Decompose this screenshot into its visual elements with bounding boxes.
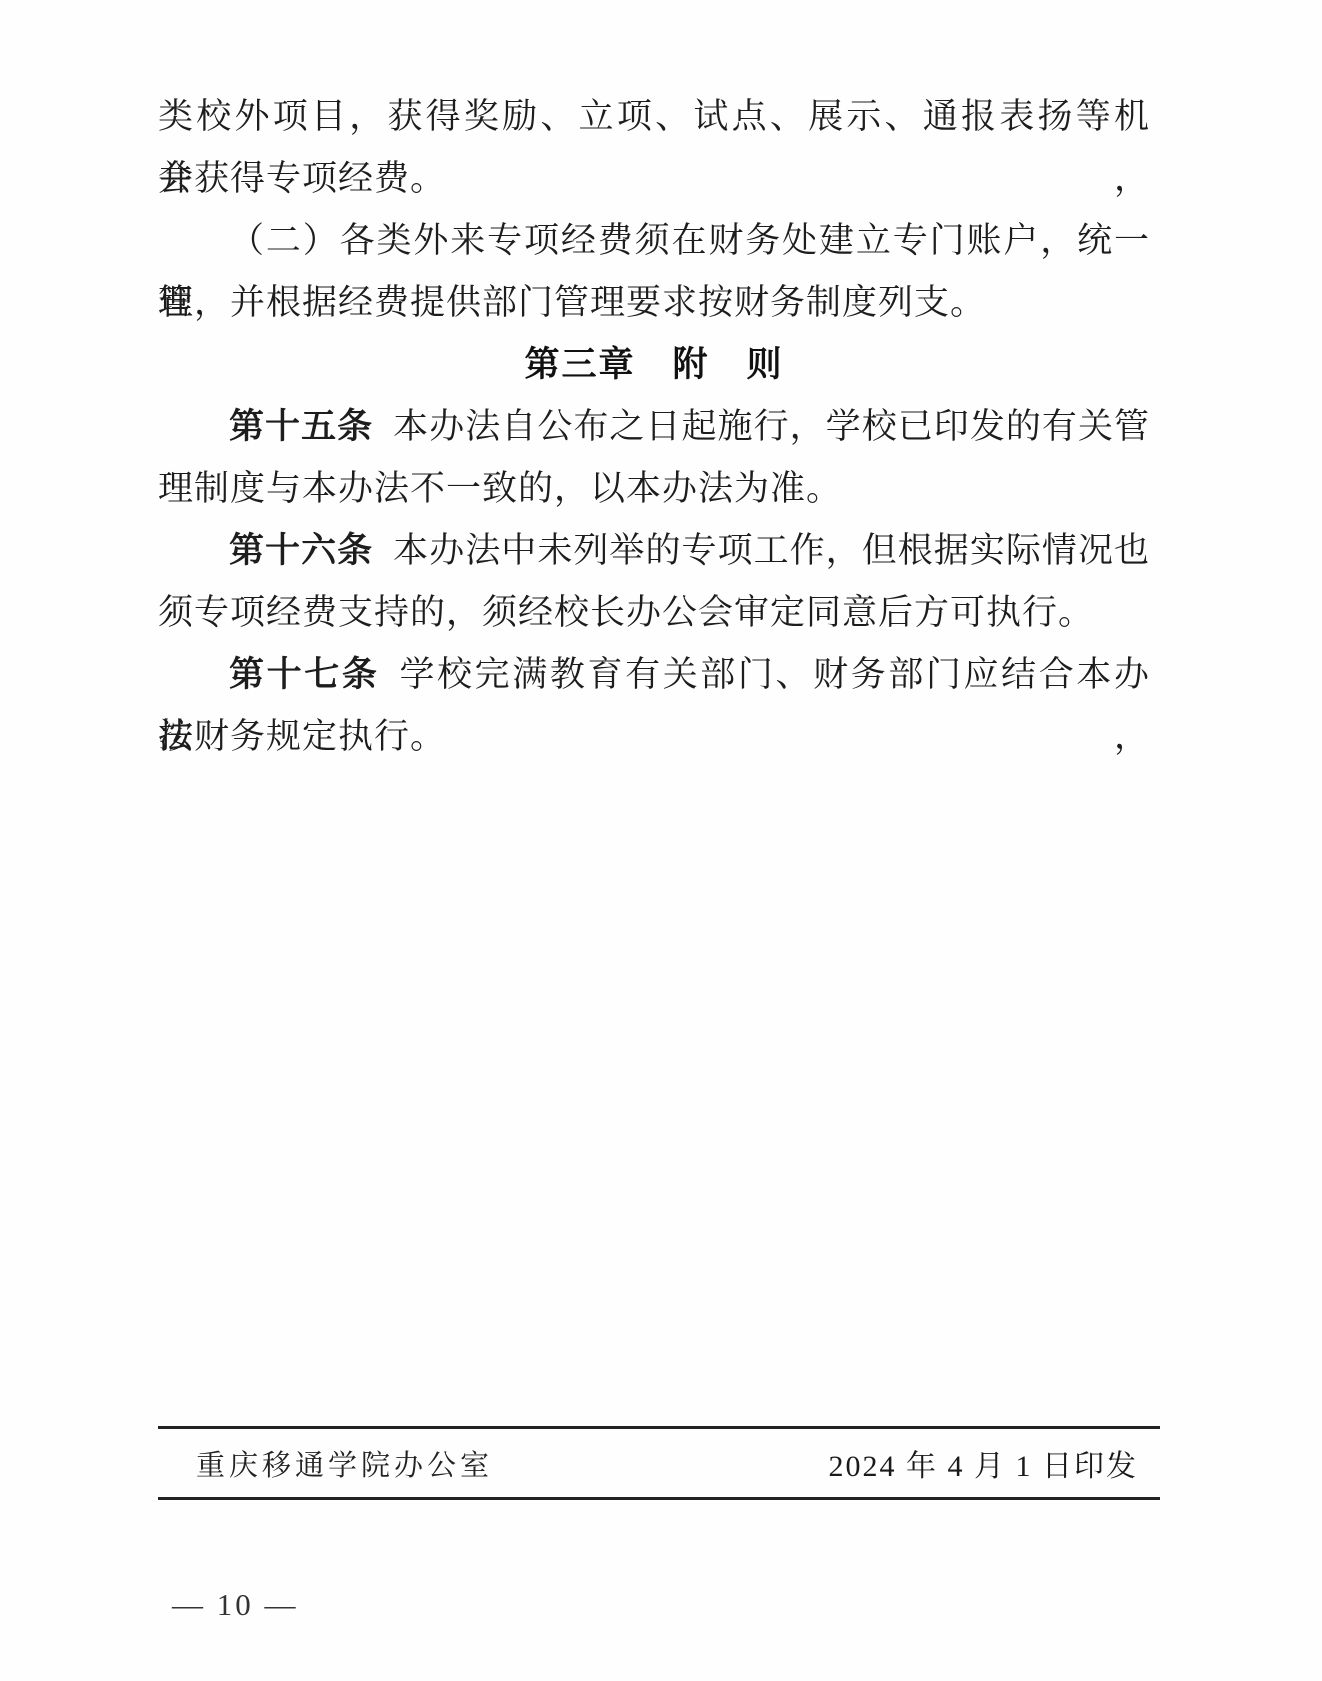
footer-row: 重庆移通学院办公室 2024 年 4 月 1 日印发 xyxy=(158,1429,1160,1497)
paragraph-line: （二）各类外来专项经费须在财务处建立专门账户，统一管 xyxy=(158,210,1150,272)
article-number-label: 第十五条 xyxy=(229,407,373,446)
document-body: 类校外项目，获得奖励、立项、试点、展示、通报表扬等机会， 并获得专项经费。 （二… xyxy=(158,86,1150,768)
article-text: 本办法自公布之日起施行，学校已印发的有关管 xyxy=(393,407,1150,446)
document-footer: 重庆移通学院办公室 2024 年 4 月 1 日印发 xyxy=(158,1426,1160,1500)
paragraph-line: 理制度与本办法不一致的，以本办法为准。 xyxy=(158,458,1150,520)
paragraph-line: 理，并根据经费提供部门管理要求按财务制度列支。 xyxy=(158,272,1150,334)
paragraph-line: 须专项经费支持的，须经校长办公会审定同意后方可执行。 xyxy=(158,582,1150,644)
article-line: 第十七条学校完满教育有关部门、财务部门应结合本办法， xyxy=(158,644,1150,706)
article-text: 本办法中未列举的专项工作，但根据实际情况也 xyxy=(393,531,1150,570)
article-line: 第十五条本办法自公布之日起施行，学校已印发的有关管 xyxy=(158,396,1150,458)
paragraph-line: 类校外项目，获得奖励、立项、试点、展示、通报表扬等机会， xyxy=(158,86,1150,148)
article-line: 第十六条本办法中未列举的专项工作，但根据实际情况也 xyxy=(158,520,1150,582)
article-number-label: 第十六条 xyxy=(229,531,373,570)
chapter-heading: 第三章 附 则 xyxy=(158,334,1150,396)
issuing-office-label: 重庆移通学院办公室 xyxy=(196,1443,493,1484)
article-number-label: 第十七条 xyxy=(229,655,379,694)
document-page: 类校外项目，获得奖励、立项、试点、展示、通报表扬等机会， 并获得专项经费。 （二… xyxy=(0,0,1322,1681)
page-number: — 10 — xyxy=(172,1588,299,1622)
print-date-label: 2024 年 4 月 1 日印发 xyxy=(829,1441,1139,1485)
